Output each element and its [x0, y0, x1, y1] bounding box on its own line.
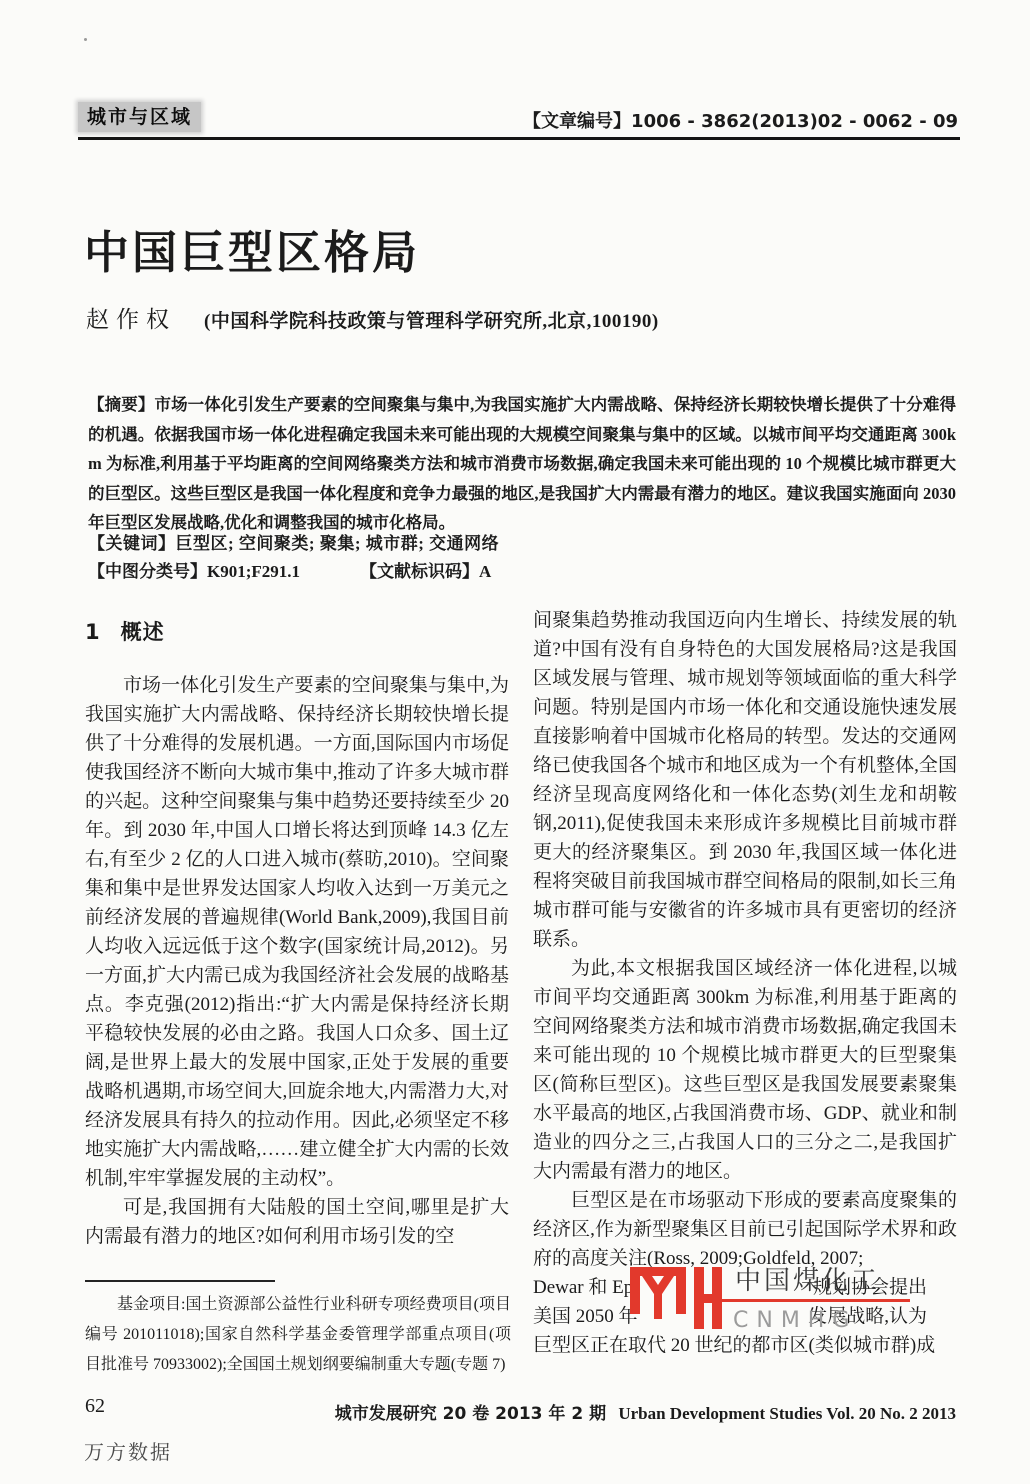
page-title: 中国巨型区格局: [84, 216, 420, 281]
paragraph: 为此,本文根据我国区域经济一体化进程,以城市间平均交通距离 300km 为标准,…: [533, 954, 957, 1186]
footnote: 基金项目:国土资源部公益性行业科研专项经费项目(项目编号 201011018);…: [85, 1280, 511, 1380]
document-code: 【文献标识码】A: [360, 557, 491, 582]
journal-citation: 城市发展研究 20 卷 2013 年 2 期 Urban Development…: [335, 1399, 956, 1424]
header-rule: [78, 137, 960, 140]
obscured-line-left: Dewar 和 Ep: [533, 1273, 633, 1302]
author-name: 赵作权: [86, 307, 176, 332]
paper-page: 城市与区域 【文章编号】1006 - 3862(2013)02 - 0062 -…: [0, 0, 1030, 1484]
section-heading: 1概述: [85, 618, 509, 647]
watermarked-text-block: Dewar 和 Ep 规划协会提出 美国 2050 年 发展战略,认为 巨型区正…: [533, 1273, 957, 1360]
left-column: 1概述 市场一体化引发生产要素的空间聚集与集中,为我国实施扩大内需战略、保持经济…: [85, 618, 509, 1282]
obscured-line: 巨型区正在取代 20 世纪的都市区(类似城市群)成: [533, 1331, 957, 1360]
journal-citation-en: Urban Development Studies Vol. 20 No. 2 …: [618, 1404, 956, 1423]
keywords-text: 【关键词】巨型区; 空间聚类; 聚集; 城市群; 交通网络: [88, 529, 499, 554]
paragraph: 巨型区是在市场驱动下形成的要素高度聚集的经济区,作为新型聚集区目前已引起国际学术…: [533, 1186, 957, 1273]
section-title: 概述: [121, 620, 165, 644]
scan-speck: [84, 38, 87, 41]
paragraph: 市场一体化引发生产要素的空间聚集与集中,为我国实施扩大内需战略、保持经济长期较快…: [85, 671, 509, 1193]
author-affiliation: (中国科学院科技政策与管理科学研究所,北京,100190): [204, 311, 659, 332]
cnmhg-watermark: 中国煤化工 CNMHG: [629, 1267, 910, 1335]
wanfang-watermark: 万方数据: [84, 1436, 172, 1465]
clc-number: 【中图分类号】K901;F291.1: [88, 557, 300, 582]
byline: 赵作权 (中国科学院科技政策与管理科学研究所,北京,100190): [86, 301, 659, 334]
footnote-separator: [85, 1280, 275, 1282]
journal-citation-cn: 城市发展研究 20 卷 2013 年 2 期: [335, 1404, 606, 1424]
article-number: 【文章编号】1006 - 3862(2013)02 - 0062 - 09: [523, 107, 958, 133]
paragraph: 间聚集趋势推动我国迈向内生增长、持续发展的轨道?中国有没有自身特色的大国发展格局…: [533, 606, 957, 954]
section-number: 1: [85, 620, 101, 644]
footnote-text: 基金项目:国土资源部公益性行业科研专项经费项目(项目编号 201011018);…: [85, 1290, 511, 1380]
watermark-text: 中国煤化工: [719, 1267, 910, 1302]
cnmhg-logo-icon: [629, 1267, 723, 1329]
paragraph: 可是,我国拥有大陆般的国土空间,哪里是扩大内需最有潜力的地区?如何利用市场引发的…: [85, 1193, 509, 1251]
page-number: 62: [85, 1395, 105, 1418]
section-tag: 城市与区域: [78, 102, 201, 132]
watermark-texts: 中国煤化工 CNMHG: [733, 1267, 910, 1335]
right-column: 间聚集趋势推动我国迈向内生增长、持续发展的轨道?中国有没有自身特色的大国发展格局…: [533, 606, 957, 1360]
abstract-text: 【摘要】市场一体化引发生产要素的空间聚集与集中,为我国实施扩大内需战略、保持经济…: [88, 390, 956, 538]
classification-row: 【中图分类号】K901;F291.1 【文献标识码】A: [88, 557, 491, 582]
watermark-subtext: CNMHG: [733, 1306, 910, 1335]
obscured-line-left: 美国 2050 年: [533, 1302, 638, 1331]
